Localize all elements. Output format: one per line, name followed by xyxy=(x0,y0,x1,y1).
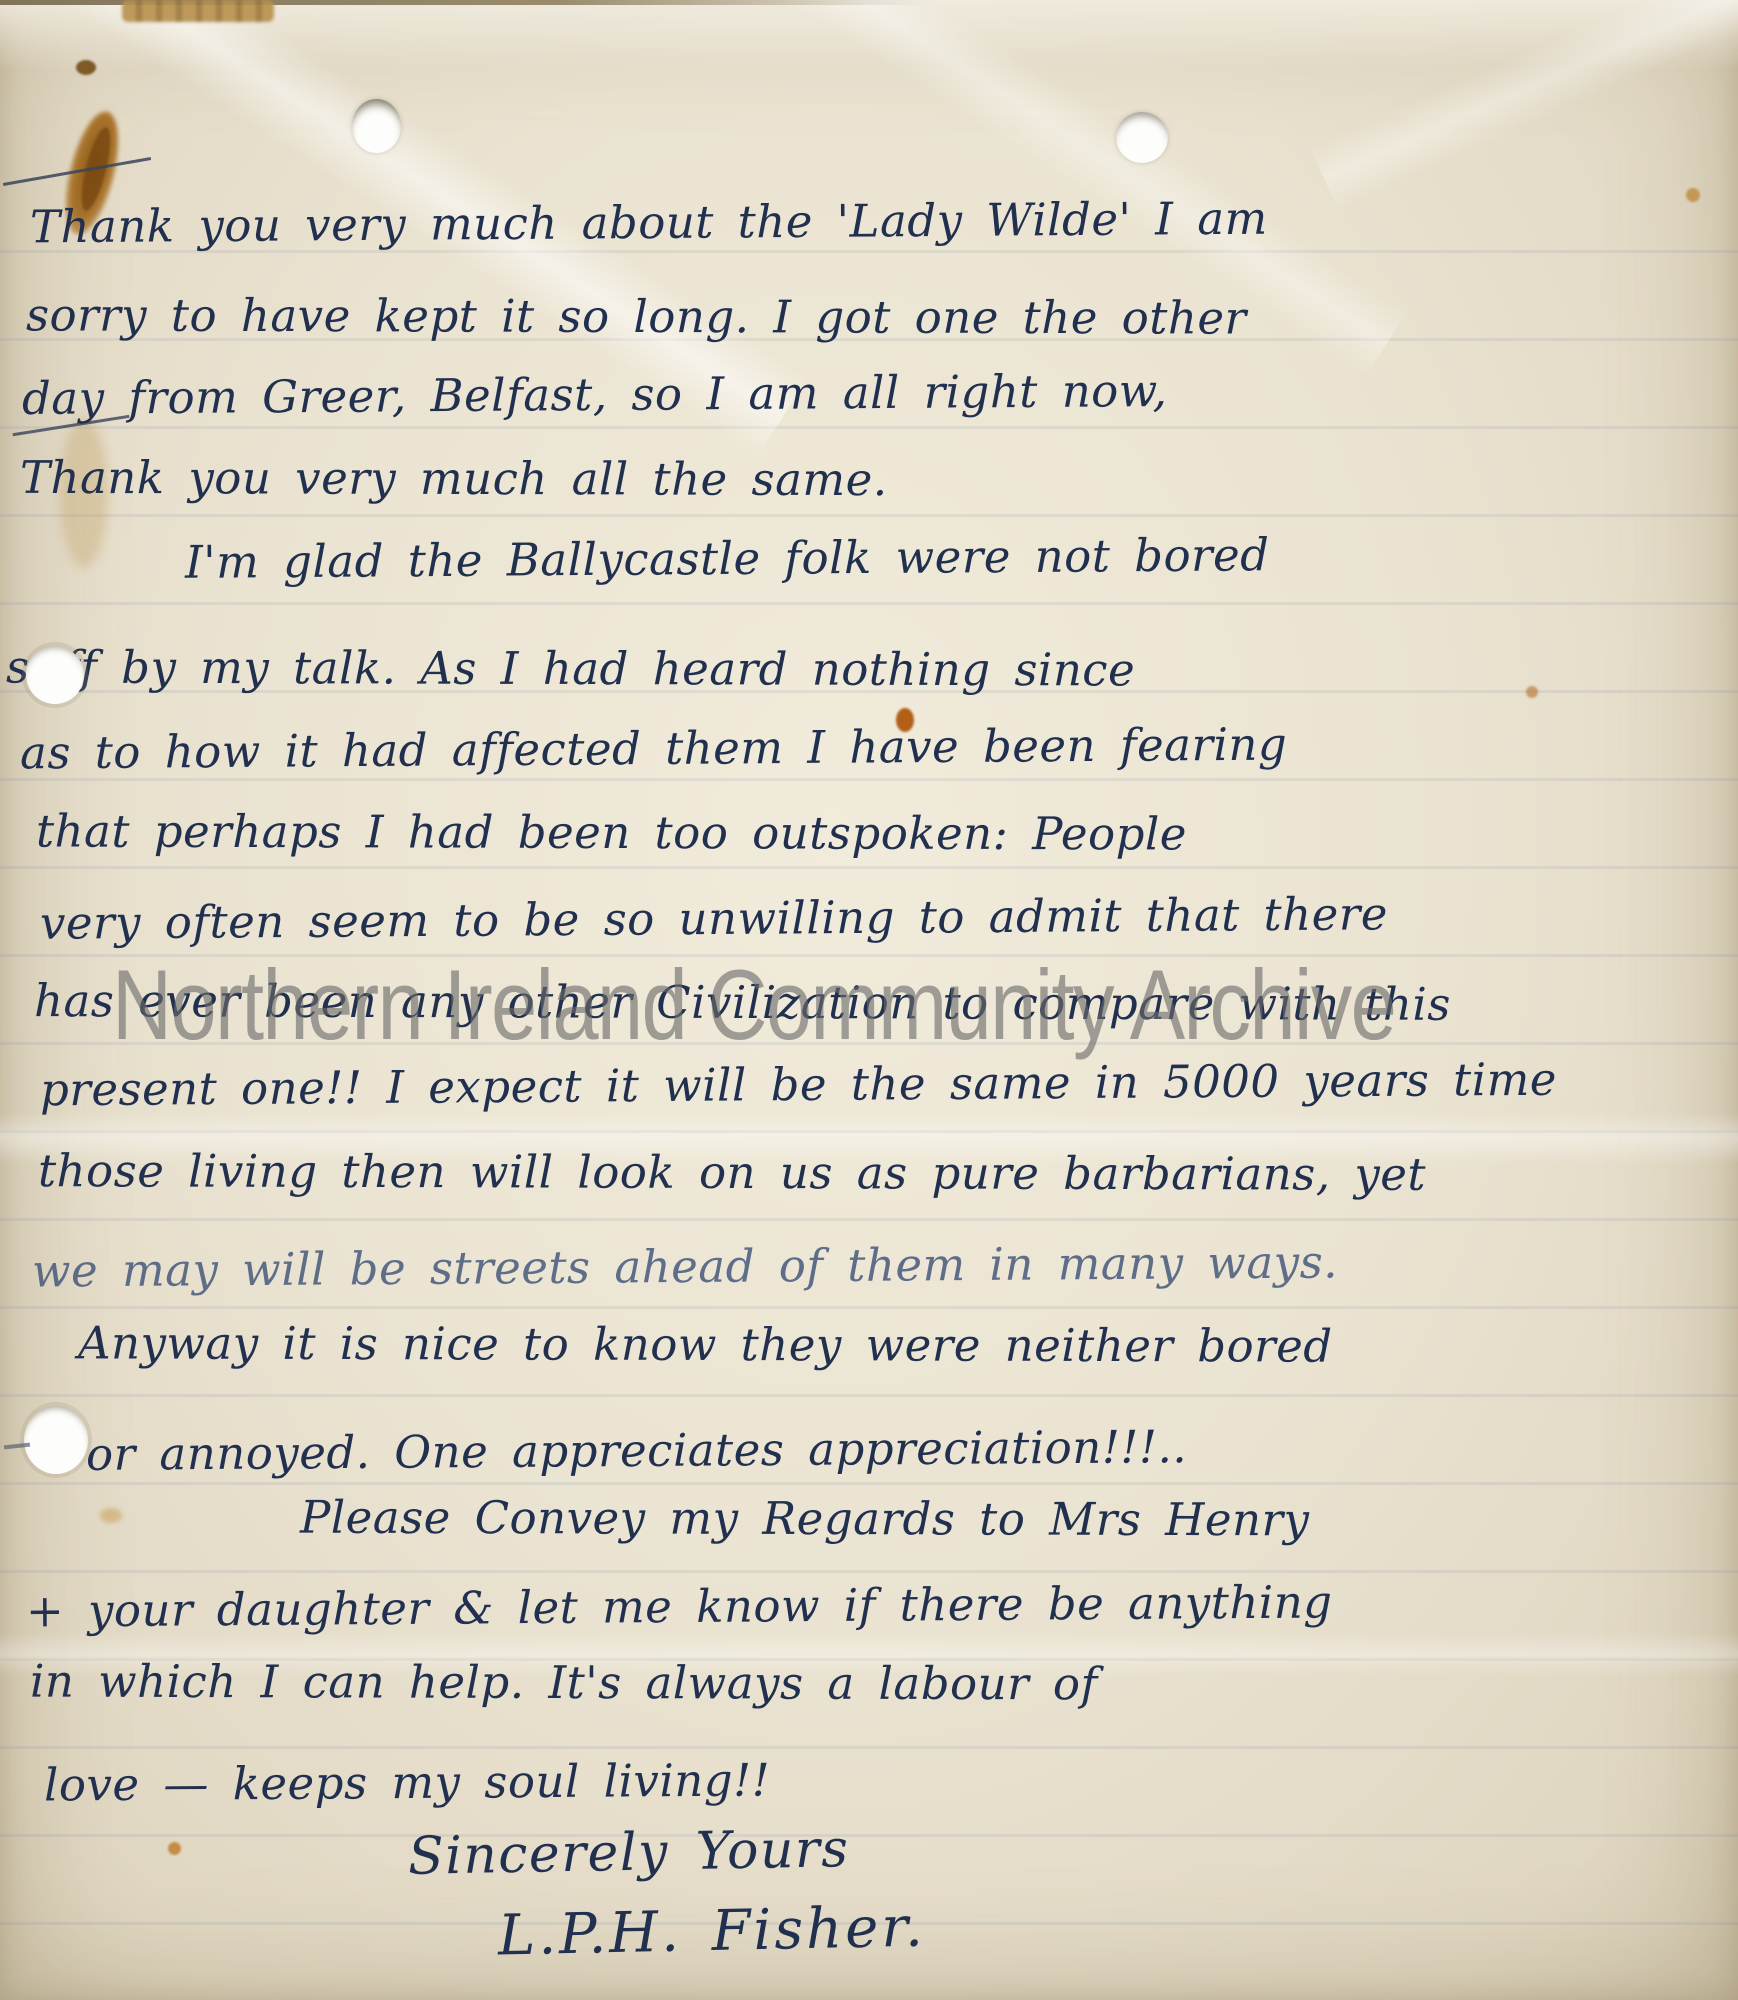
letter-line: in which I can help. It's always a labou… xyxy=(30,1655,1098,1712)
closing-line: Sincerely Yours xyxy=(407,1818,849,1888)
letter-line: that perhaps I had been too outspoken: P… xyxy=(36,804,1187,861)
letter-line: Thank you very much about the 'Lady Wild… xyxy=(30,192,1268,255)
letter-line: we may will be streets ahead of them in … xyxy=(32,1235,1338,1298)
archive-watermark: Northern Ireland Community Archive xyxy=(112,948,1395,1062)
letter-line: sorry to have kept it so long. I got one… xyxy=(26,288,1247,345)
punch-hole xyxy=(26,646,84,704)
letter-line: Anyway it is nice to know they were neit… xyxy=(78,1316,1333,1373)
punch-hole xyxy=(24,1406,88,1474)
signature-line: L.P.H. Fisher. xyxy=(497,1894,926,1970)
letter-line: love — keeps my soul living!! xyxy=(44,1753,771,1812)
letter-line: those living then will look on us as pur… xyxy=(38,1144,1426,1202)
punch-hole xyxy=(1116,112,1168,163)
letter-line: or annoyed. One appreciates appreciation… xyxy=(86,1420,1187,1482)
letter-line: + your daughter & let me know if there b… xyxy=(26,1575,1333,1638)
letter-line: Thank you very much all the same. xyxy=(20,451,888,507)
letter-line: stiff by my talk. As I had heard nothing… xyxy=(6,641,1135,698)
letter-line: very often seem to be so unwilling to ad… xyxy=(40,887,1388,950)
letter-line: as to how it had affected them I have be… xyxy=(20,718,1288,781)
letter-line: I'm glad the Ballycastle folk were not b… xyxy=(185,528,1270,590)
letter-scan-page: Thank you very much about the 'Lady Wild… xyxy=(0,0,1738,2000)
letter-line: day from Greer, Belfast, so I am all rig… xyxy=(22,364,1168,426)
letter-line: Please Convey my Regards to Mrs Henry xyxy=(300,1491,1310,1548)
punch-hole xyxy=(352,99,401,153)
letter-line: present one!! I expect it will be the sa… xyxy=(40,1053,1557,1118)
